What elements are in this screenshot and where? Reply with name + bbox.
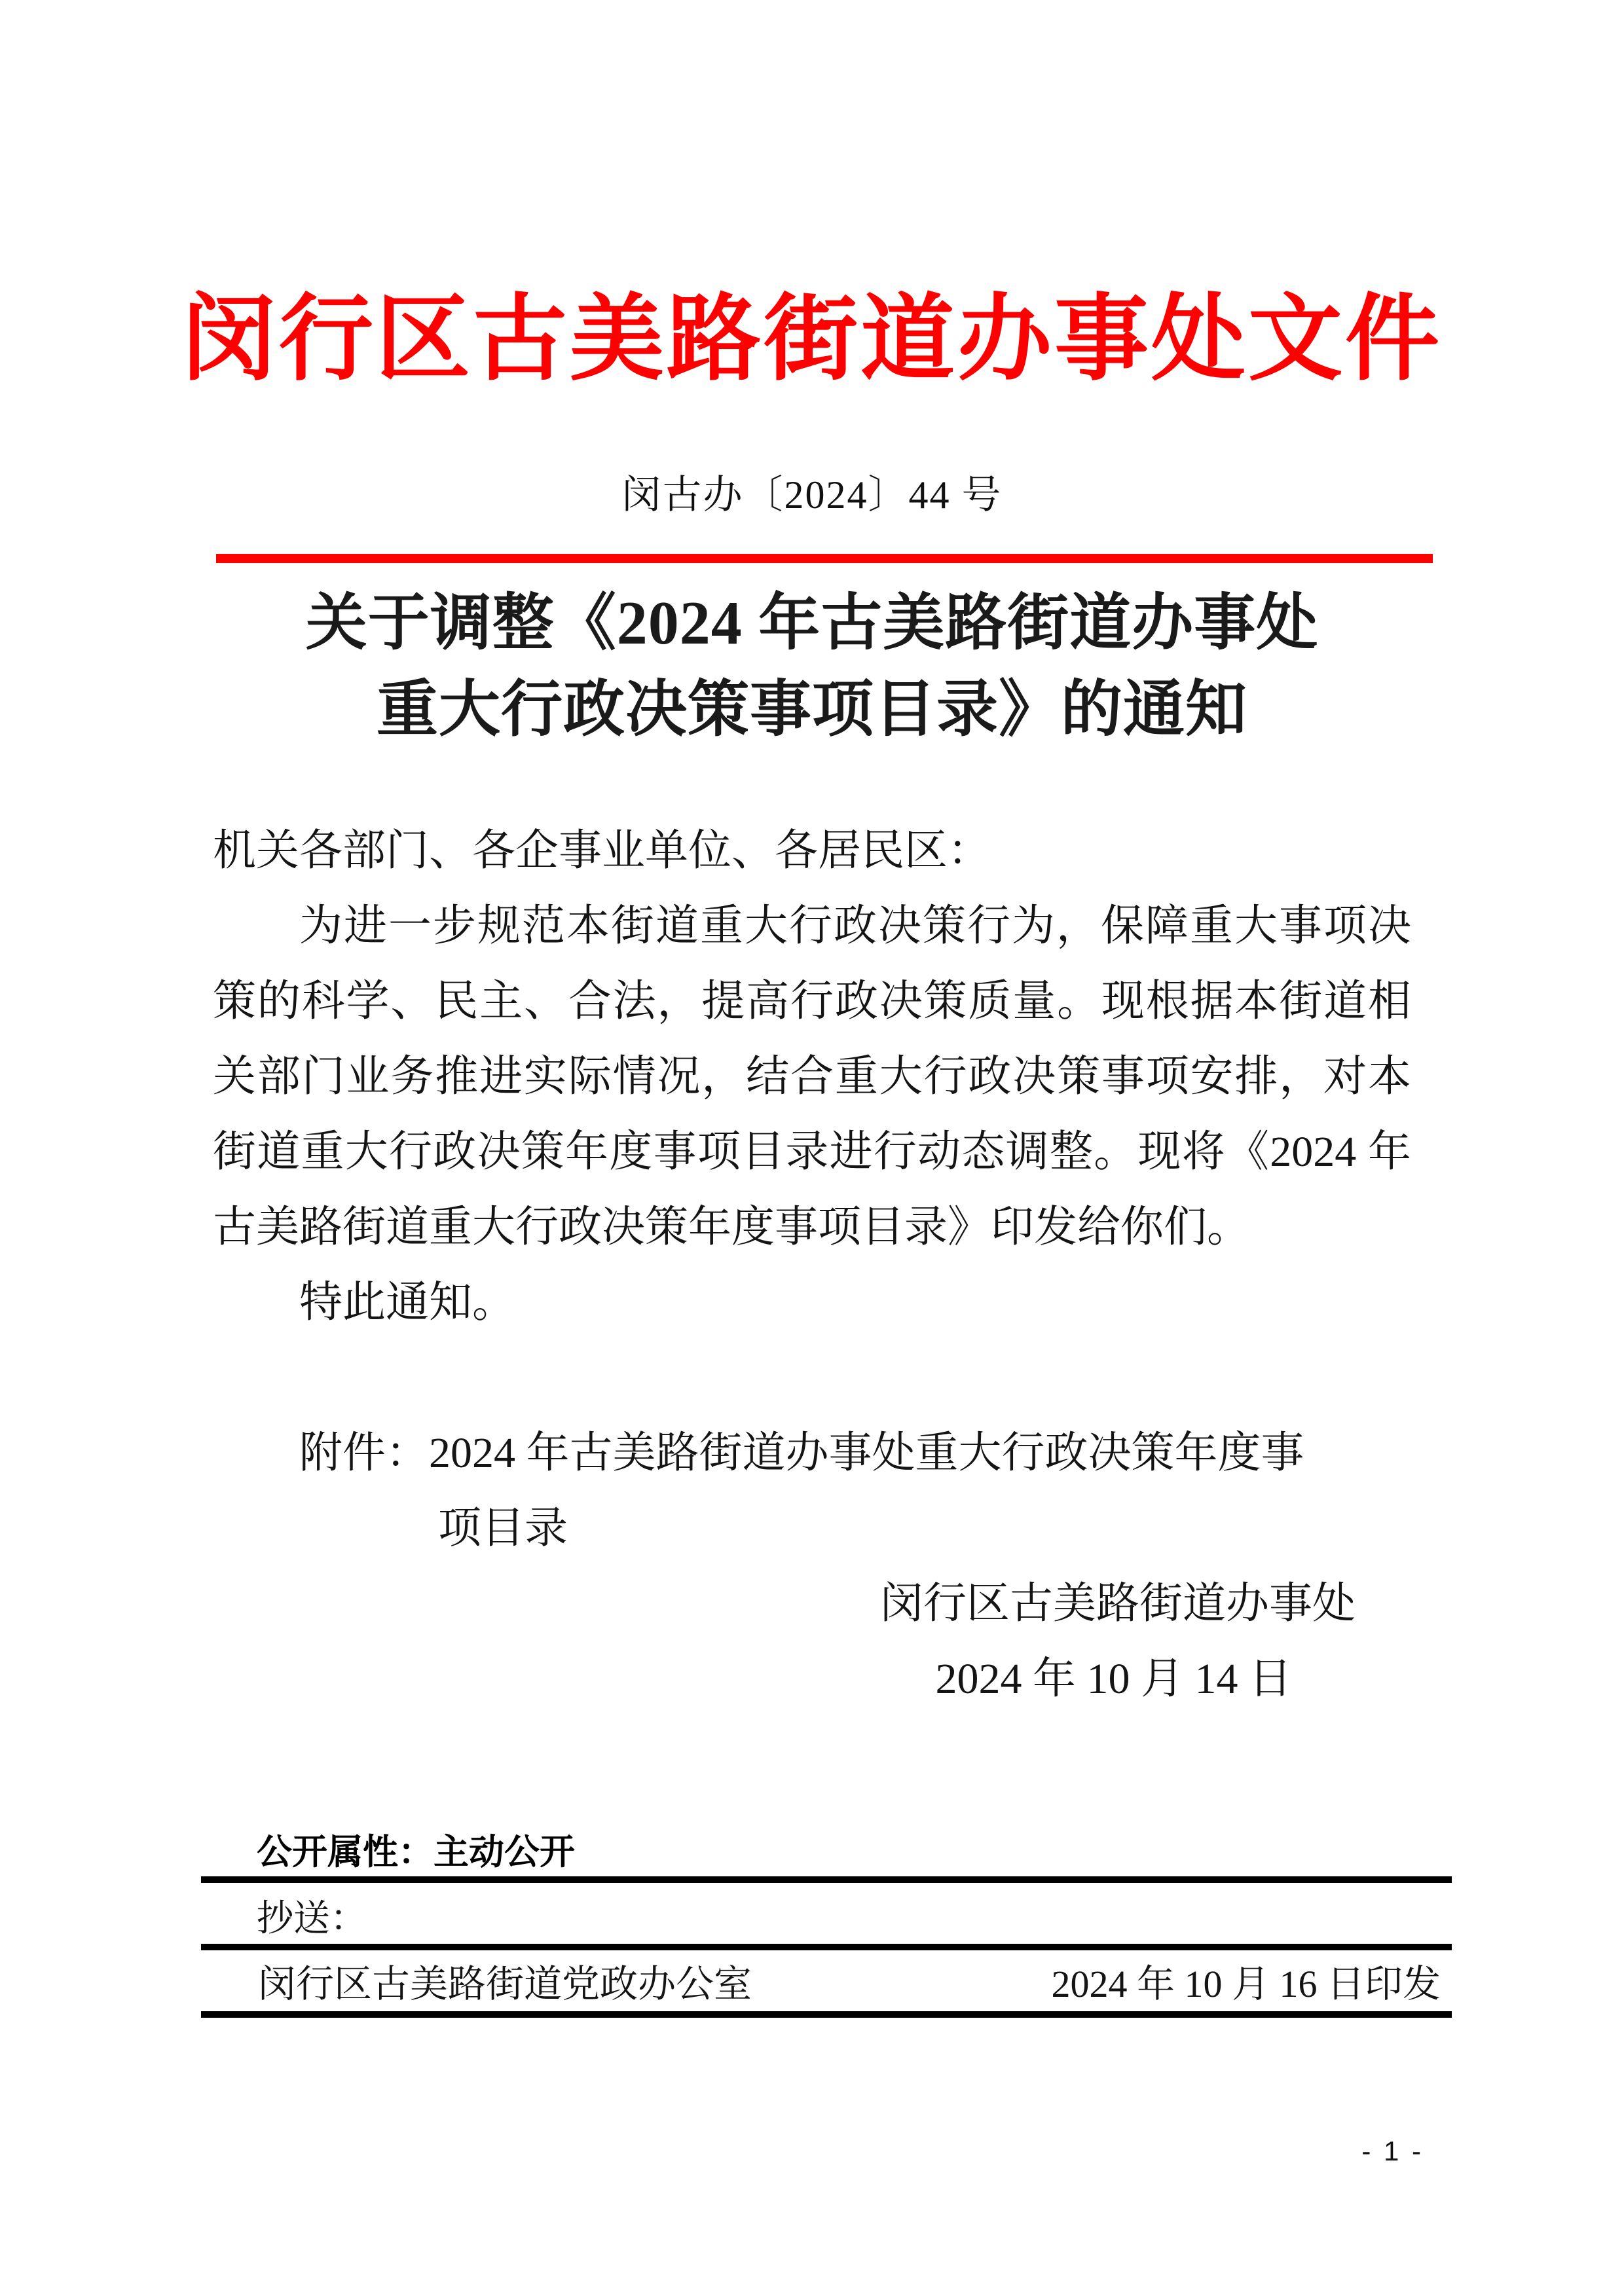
signature-date: 2024 年 10 月 14 日 bbox=[213, 1641, 1411, 1717]
attachment-label: 附件： bbox=[299, 1429, 429, 1477]
document-title: 关于调整《2024 年古美路街道办事处 重大行政决策事项目录》的通知 bbox=[0, 580, 1624, 753]
page-number: - 1 - bbox=[1361, 2136, 1424, 2167]
attachment-text-line1: 2024 年古美路街道办事处重大行政决策年度事 bbox=[429, 1429, 1304, 1477]
document-body: 机关各部门、各企事业单位、各居民区： 为进一步规范本街道重大行政决策行为，保障重… bbox=[213, 813, 1411, 1717]
publicity-attribute-row: 公开属性：主动公开 bbox=[257, 1831, 575, 1874]
issuer-row: 闵行区古美路街道党政办公室 2024 年 10 月 16 日印发 bbox=[258, 1961, 1441, 2007]
doc-number: 闵古办〔2024〕44 号 bbox=[0, 462, 1624, 528]
footer-rule-bottom bbox=[201, 2011, 1452, 2018]
footer-rule-middle bbox=[201, 1944, 1452, 1950]
red-separator-line bbox=[216, 554, 1433, 563]
document-page: 闵行区古美路街道办事处文件 闵古办〔2024〕44 号 关于调整《2024 年古… bbox=[0, 0, 1624, 2296]
document-title-line2: 重大行政决策事项目录》的通知 bbox=[0, 666, 1624, 753]
blank-line bbox=[213, 1340, 1411, 1415]
letterhead-org-title: 闵行区古美路街道办事处文件 bbox=[0, 288, 1624, 393]
print-date: 2024 年 10 月 16 日印发 bbox=[1051, 1961, 1441, 2007]
issuer-office: 闵行区古美路街道党政办公室 bbox=[258, 1961, 752, 2007]
body-paragraph: 为进一步规范本街道重大行政决策行为，保障重大事项决策的科学、民主、合法，提高行政… bbox=[213, 888, 1411, 1265]
document-title-line1: 关于调整《2024 年古美路街道办事处 bbox=[0, 580, 1624, 666]
salutation: 机关各部门、各企事业单位、各居民区： bbox=[213, 813, 1411, 888]
attachment-line2: 项目录 bbox=[438, 1491, 1411, 1566]
signature-org: 闵行区古美路街道办事处 bbox=[213, 1566, 1411, 1641]
closing-line: 特此通知。 bbox=[213, 1265, 1411, 1340]
attachment-line1: 附件：2024 年古美路街道办事处重大行政决策年度事 bbox=[299, 1415, 1411, 1491]
footer-rule-top bbox=[201, 1876, 1452, 1883]
cc-row: 抄送： bbox=[257, 1897, 367, 1941]
